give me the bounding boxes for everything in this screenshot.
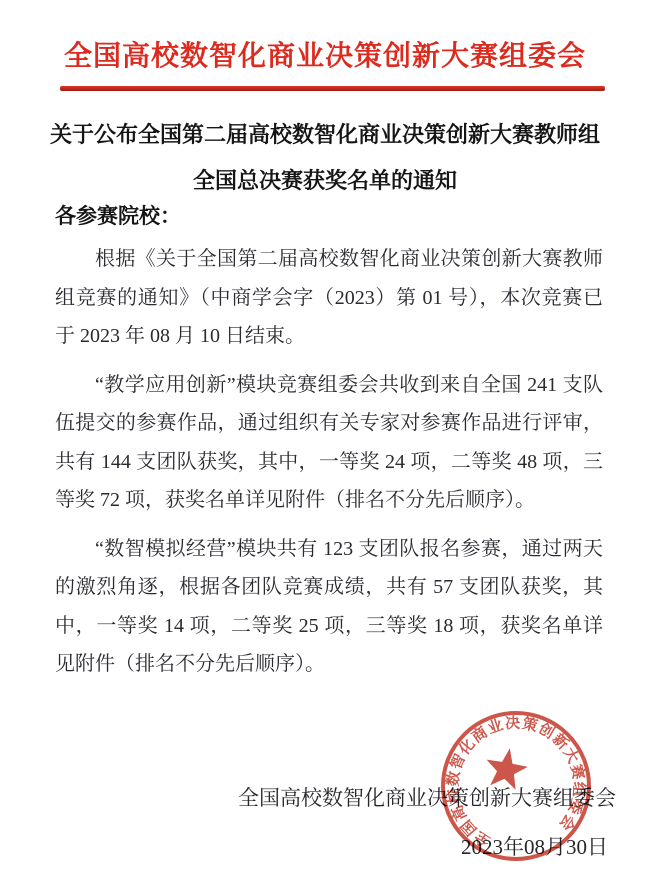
- letterhead-divider: [60, 86, 605, 91]
- document-title: 关于公布全国第二届高校数智化商业决策创新大赛教师组 全国总决赛获奖名单的通知: [0, 112, 650, 204]
- body-paragraph-3: “数智模拟经营”模块共有 123 支团队报名参赛，通过两天的激烈角逐，根据各团队…: [55, 530, 603, 684]
- red-star-icon: [482, 745, 530, 791]
- official-seal-stamp: 全国高校数智化商业决策创新大赛组委会: [438, 708, 594, 864]
- body-paragraph-1: 根据《关于全国第二届高校数智化商业决策创新大赛教师组竞赛的通知》（中商学会字（2…: [55, 240, 603, 356]
- document-title-line2: 全国总决赛获奖名单的通知: [0, 158, 650, 204]
- document-title-line1: 关于公布全国第二届高校数智化商业决策创新大赛教师组: [0, 112, 650, 158]
- seal-ring: [443, 713, 589, 859]
- notice-document: 全国高校数智化商业决策创新大赛组委会 关于公布全国第二届高校数智化商业决策创新大…: [0, 0, 650, 870]
- salutation: 各参赛院校：: [55, 200, 603, 230]
- document-body: 各参赛院校： 根据《关于全国第二届高校数智化商业决策创新大赛教师组竞赛的通知》（…: [55, 200, 603, 684]
- body-paragraph-2: “教学应用创新”模块竞赛组委会共收到来自全国 241 支队伍提交的参赛作品，通过…: [55, 366, 603, 520]
- letterhead-org-name: 全国高校数智化商业决策创新大赛组委会: [0, 34, 650, 74]
